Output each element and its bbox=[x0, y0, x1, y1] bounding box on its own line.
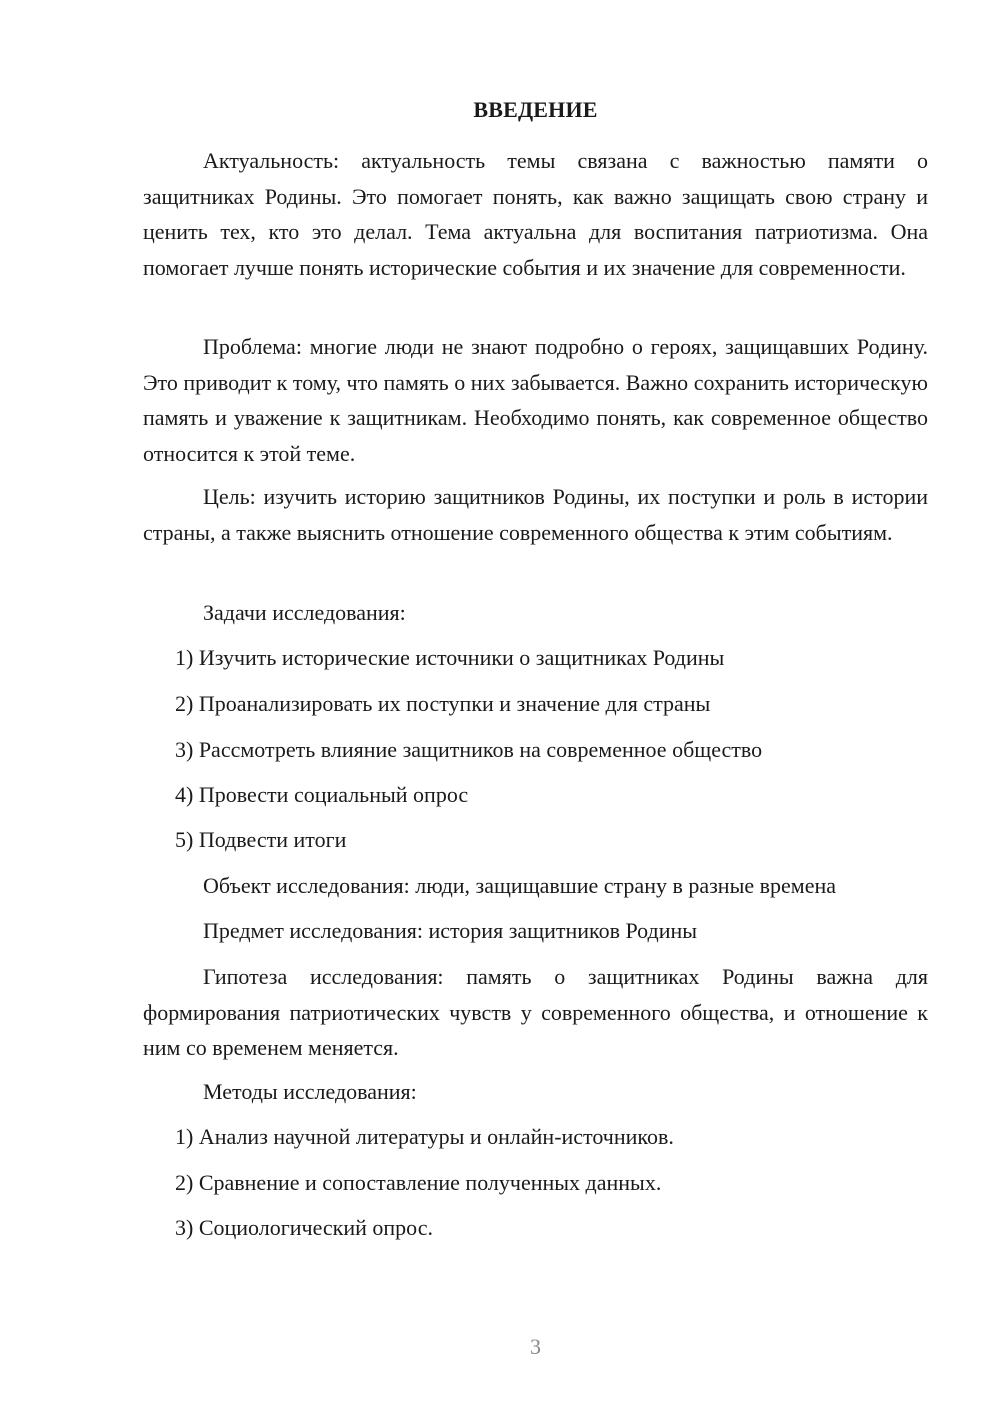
methods-heading: Методы исследования: bbox=[203, 1077, 417, 1107]
tasks-heading: Задачи исследования: bbox=[203, 598, 406, 628]
subject-line: Предмет исследования: история защитников… bbox=[203, 916, 697, 946]
task-item: 3) Рассмотреть влияние защитников на сов… bbox=[175, 735, 762, 765]
task-item: 5) Подвести итоги bbox=[175, 825, 346, 855]
document-page: ВВЕДЕНИЕ Актуальность: актуальность темы… bbox=[143, 0, 928, 1414]
object-line: Объект исследования: люди, защищавшие ст… bbox=[203, 871, 836, 901]
method-item: 1) Анализ научной литературы и онлайн-ис… bbox=[175, 1122, 674, 1152]
problem-paragraph: Проблема: многие люди не знают подробно … bbox=[143, 329, 928, 471]
task-item: 4) Провести социальный опрос bbox=[175, 780, 468, 810]
page-number: 3 bbox=[143, 1333, 928, 1361]
section-title: ВВЕДЕНИЕ bbox=[143, 96, 928, 124]
hypothesis-paragraph: Гипотеза исследования: память о защитник… bbox=[143, 959, 928, 1066]
method-item: 2) Сравнение и сопоставление полученных … bbox=[175, 1168, 661, 1198]
method-item: 3) Социологический опрос. bbox=[175, 1213, 433, 1243]
task-item: 1) Изучить исторические источники о защи… bbox=[175, 643, 724, 673]
relevance-paragraph: Актуальность: актуальность темы связана … bbox=[143, 143, 928, 285]
goal-paragraph: Цель: изучить историю защитников Родины,… bbox=[143, 479, 928, 550]
task-item: 2) Проанализировать их поступки и значен… bbox=[175, 689, 710, 719]
